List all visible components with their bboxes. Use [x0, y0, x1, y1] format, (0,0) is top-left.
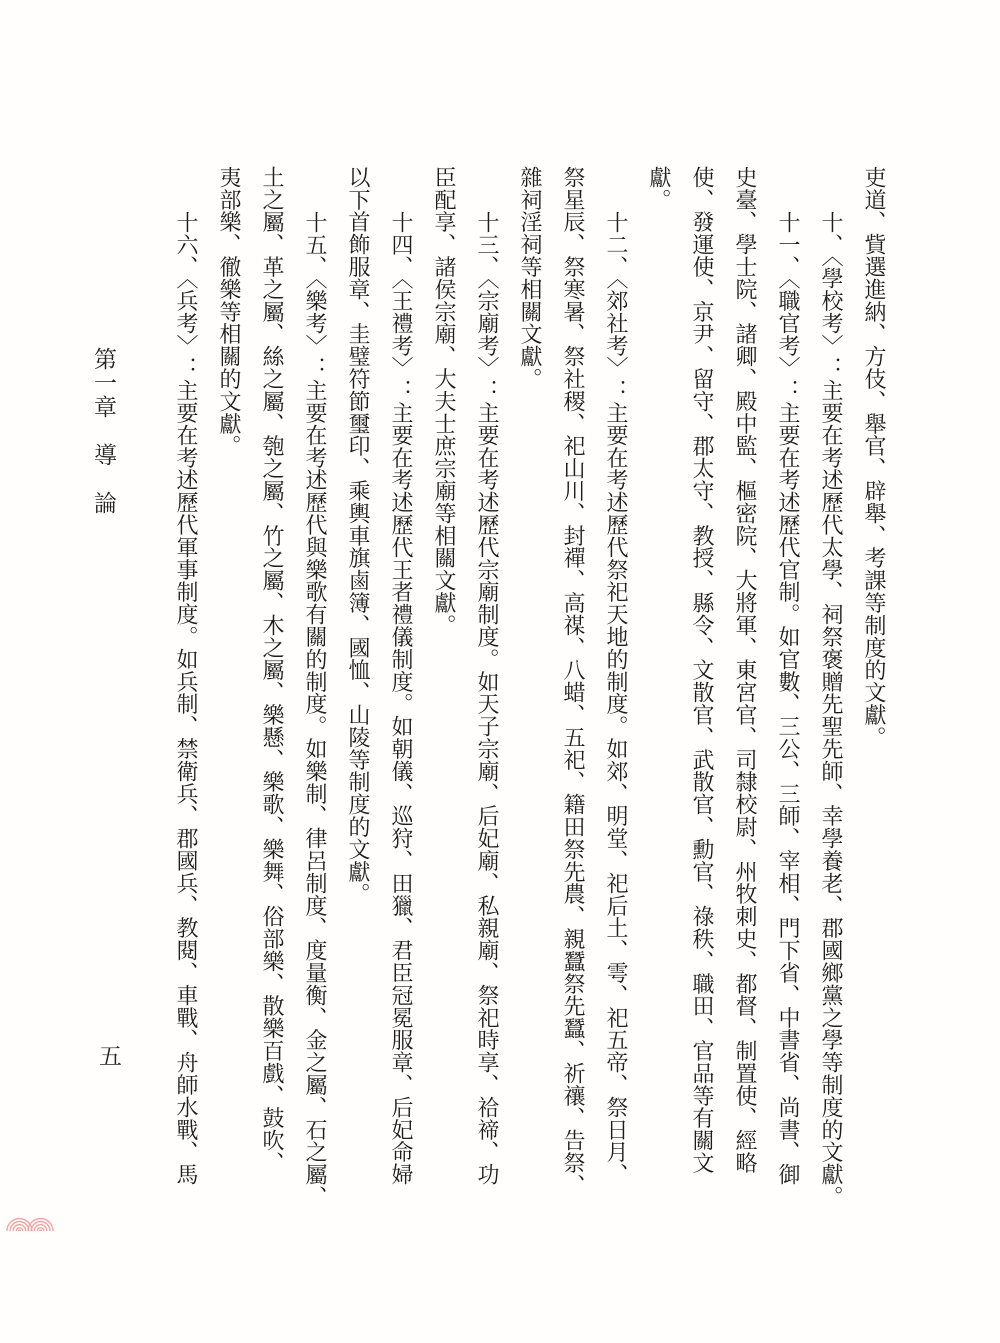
book-page: 第一章 導 論 吏道、貲選進納、方伎、舉官、辟舉、考課等制度的文獻。 十、〈學校… [0, 0, 1000, 1343]
text-column: 夷部樂、徹樂等相關的文獻。 [208, 166, 251, 1214]
text-column: 祭星辰、祭寒暑、祭社稷、祀山川、封禪、高禖、八蜡、五祀、籍田祭先農、親蠶祭先蠶、… [552, 166, 595, 1214]
text-column: 獻。 [638, 166, 681, 1214]
text-column: 十一、〈職官考〉：主要在考述歷代官制。如官數、三公、三師、宰相、門下省、中書省、… [767, 166, 810, 1214]
text-column: 十六、〈兵考〉：主要在考述歷代軍事制度。如兵制、禁衛兵、郡國兵、教閱、車戰、舟師… [165, 166, 208, 1214]
text-column: 使、發運使、京尹、留守、郡太守、教授、縣令、文散官、武散官、勳官、祿秩、職田、官… [681, 166, 724, 1214]
chapter-header: 第一章 導 論 [87, 347, 120, 515]
text-column: 雜祠淫祠等相關文獻。 [509, 166, 552, 1214]
text-column: 十五、〈樂考〉：主要在考述歷代與樂歌有關的制度。如樂制、律呂制度、度量衡、金之屬… [294, 166, 337, 1214]
text-column: 史臺、學士院、諸卿、殿中監、樞密院、大將軍、東宮官、司隸校尉、州牧刺史、都督、制… [724, 166, 767, 1214]
text-column: 以下首飾服章、圭璧符節璽印、乘輿車旗鹵簿、國恤、山陵等制度的文獻。 [337, 166, 380, 1214]
text-column: 土之屬、革之屬、絲之屬、匏之屬、竹之屬、木之屬、樂懸、樂歌、樂舞、俗部樂、散樂百… [251, 166, 294, 1214]
text-column: 十三、〈宗廟考〉：主要在考述歷代宗廟制度。如天子宗廟、后妃廟、私親廟、祭祀時享、… [466, 166, 509, 1214]
page-number: 五 [92, 1044, 125, 1067]
body-text: 吏道、貲選進納、方伎、舉官、辟舉、考課等制度的文獻。 十、〈學校考〉：主要在考述… [165, 166, 896, 1214]
text-column: 十二、〈郊社考〉：主要在考述歷代祭祀天地的制度。如郊、明堂、祀后土、雩、祀五帝、… [595, 166, 638, 1214]
publisher-arcs-logo-icon [6, 1206, 54, 1232]
text-column: 十、〈學校考〉：主要在考述歷代太學、祠祭褒贈先聖先師、幸學養老、郡國鄉黨之學等制… [810, 166, 853, 1214]
text-column: 十四、〈王禮考〉：主要在考述歷代王者禮儀制度。如朝儀、巡狩、田獵、君臣冠冕服章、… [380, 166, 423, 1214]
text-column: 臣配享、諸侯宗廟、大夫士庶宗廟等相關文獻。 [423, 166, 466, 1214]
text-column: 吏道、貲選進納、方伎、舉官、辟舉、考課等制度的文獻。 [853, 166, 896, 1214]
